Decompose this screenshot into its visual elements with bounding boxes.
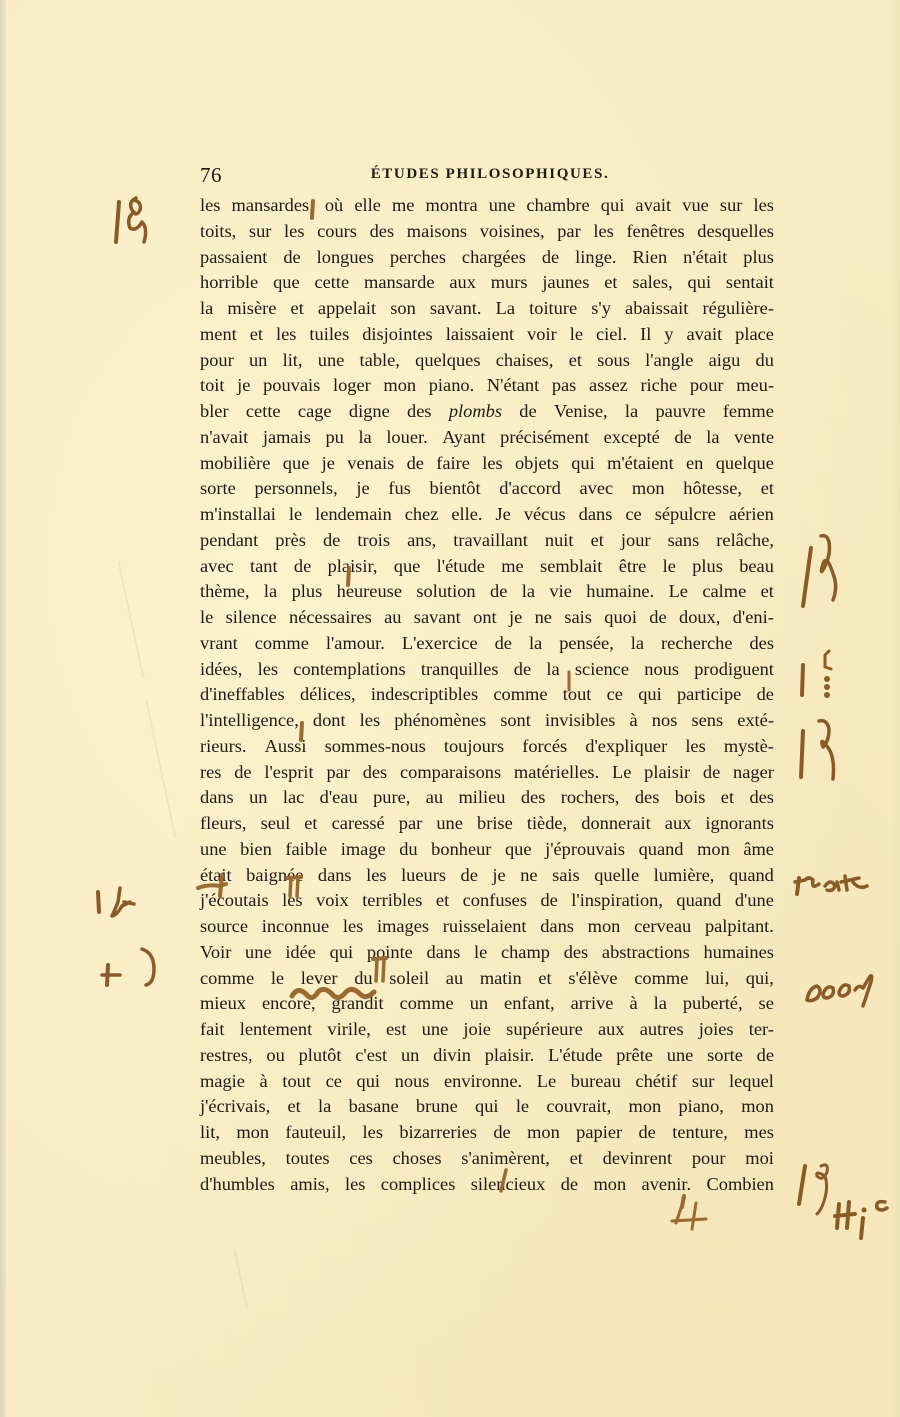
word: disjointes: [362, 322, 433, 348]
word: toujours: [444, 734, 504, 760]
word: le: [289, 502, 302, 528]
word: du: [399, 837, 417, 863]
word: louer.: [386, 425, 427, 451]
word: misère: [227, 296, 276, 322]
word: supérieure: [506, 1017, 583, 1043]
word: jour: [621, 528, 651, 554]
word: un: [401, 1043, 419, 1069]
word: plus: [692, 554, 723, 580]
word: palpitant.: [705, 914, 774, 940]
word: ou: [266, 1043, 284, 1069]
word: comme: [200, 966, 254, 992]
word: de: [461, 863, 478, 889]
word: tenture,: [672, 1120, 728, 1146]
word: lac: [283, 785, 304, 811]
word: aérien: [729, 502, 774, 528]
word: humaine.: [586, 579, 654, 605]
word: travaillant: [453, 528, 528, 554]
word: mon: [628, 1094, 661, 1120]
word: sommes-nous: [325, 734, 426, 760]
word: pour: [692, 1146, 726, 1172]
word: aigu: [709, 348, 741, 374]
word: ment: [200, 322, 237, 348]
word: abstractions: [602, 940, 690, 966]
word: et: [721, 785, 734, 811]
word: de: [649, 605, 666, 631]
word: longues: [317, 245, 374, 271]
word: champ: [501, 940, 550, 966]
word: comme: [255, 631, 309, 657]
word: quand: [639, 837, 684, 863]
word: la: [318, 1094, 331, 1120]
word: tout: [282, 1069, 311, 1095]
word: mon: [741, 1094, 774, 1120]
word: amis,: [290, 1172, 329, 1198]
text-line: avectantdeplaisir,quel'étudemesemblaitêt…: [200, 554, 774, 580]
word: nécessaires: [289, 605, 372, 631]
text-line: unebienfaibleimagedubonheurquej'éprouvai…: [200, 837, 774, 863]
word: quand: [676, 888, 721, 914]
word: vrant: [200, 631, 238, 657]
word: horrible: [200, 270, 258, 296]
word: Je: [496, 502, 511, 528]
word: la: [631, 631, 644, 657]
margin-annotation-18: [797, 530, 847, 610]
word: Voir: [200, 940, 231, 966]
word: elle.: [451, 502, 482, 528]
word: quoi: [604, 605, 637, 631]
text-line: d'ineffablesdélices,indescriptiblescomme…: [200, 682, 774, 708]
word: faible: [285, 837, 327, 863]
word: avec: [580, 476, 614, 502]
word: l'angle: [645, 348, 693, 374]
word: plaisir: [644, 760, 690, 786]
word: comparaisons: [400, 760, 501, 786]
word: les: [366, 863, 386, 889]
word: la: [529, 631, 542, 657]
word: virile,: [327, 1017, 370, 1043]
word: maisons: [407, 219, 467, 245]
word: aux: [665, 811, 692, 837]
word: toiture: [529, 296, 577, 322]
text-line: Voiruneidéequipointedanslechampdesabstra…: [200, 940, 774, 966]
word: sais: [552, 863, 580, 889]
word: terribles: [362, 888, 422, 914]
word: bonheur: [431, 837, 491, 863]
comma-mark: [498, 1167, 510, 1197]
word: du: [756, 348, 774, 374]
word: de: [493, 1120, 510, 1146]
word: puberté,: [683, 991, 743, 1017]
word: papier: [576, 1120, 622, 1146]
word: de: [495, 631, 512, 657]
text-line: resdel'espritpardescomparaisonsmatériell…: [200, 760, 774, 786]
word: jaunes: [542, 270, 589, 296]
word: nuit: [545, 528, 574, 554]
word: chargées: [462, 245, 526, 271]
word: et: [570, 1146, 583, 1172]
word: fus: [388, 476, 410, 502]
word: riche: [640, 373, 677, 399]
word: Combien: [706, 1172, 773, 1198]
show-through-mark: [145, 701, 176, 838]
comma-mark: [308, 198, 318, 224]
word: caressé: [332, 811, 385, 837]
word: sentait: [726, 270, 774, 296]
word: perches: [390, 245, 446, 271]
word: plutôt: [299, 1043, 342, 1069]
word: bler: [200, 399, 229, 425]
word: j'éprouvais: [545, 837, 625, 863]
text-line: m'installailelendemainchezelle.Jevécusda…: [200, 502, 774, 528]
word: qui: [688, 270, 712, 296]
text-line: faitlentementvirile,estunejoiesupérieure…: [200, 1017, 774, 1043]
word: au: [446, 966, 463, 992]
word: jamais: [263, 425, 311, 451]
word: excepté: [604, 425, 660, 451]
word: ans,: [407, 528, 436, 554]
word: enfant,: [504, 991, 555, 1017]
word: et: [569, 348, 582, 374]
word: l'esprit: [264, 760, 313, 786]
word: mon: [697, 837, 730, 863]
word: et: [436, 888, 449, 914]
word: par: [399, 811, 422, 837]
word: comme: [400, 991, 454, 1017]
word: mes: [744, 1120, 774, 1146]
pointe-mark: [370, 953, 390, 985]
word: que: [283, 451, 310, 477]
word: lui,: [705, 966, 729, 992]
running-title: ÉTUDES PHILOSOPHIQUES.: [200, 166, 774, 183]
word: et: [287, 1094, 300, 1120]
word: les: [363, 1120, 383, 1146]
word: c'est: [355, 1043, 387, 1069]
word: je: [356, 476, 369, 502]
word: lit,: [200, 1120, 220, 1146]
word: ne: [520, 863, 537, 889]
word: choses: [393, 1146, 442, 1172]
word: de: [490, 579, 507, 605]
word: des: [407, 399, 432, 425]
word: cours: [317, 219, 357, 245]
word: soleil: [389, 966, 429, 992]
word: quelques: [415, 348, 480, 374]
word: pauvre: [655, 399, 705, 425]
word: pouvais: [263, 373, 320, 399]
word: inconnue: [262, 914, 329, 940]
word: et: [250, 322, 263, 348]
word: m'étaient: [607, 451, 674, 477]
word: mon: [383, 373, 416, 399]
word: mon: [593, 1172, 626, 1198]
word: me: [501, 554, 523, 580]
word: précisément: [500, 425, 589, 451]
word: l'étude: [437, 554, 485, 580]
word: mon: [236, 1120, 269, 1146]
word: de: [407, 451, 424, 477]
word: la: [522, 579, 535, 605]
word: chez: [405, 502, 439, 528]
word: des: [749, 631, 774, 657]
word: que: [273, 270, 300, 296]
page-left-edge: [0, 0, 6, 1417]
word: donnerait: [581, 811, 650, 837]
word: les: [482, 451, 502, 477]
word: avec: [200, 554, 234, 580]
word: bois: [675, 785, 706, 811]
word: cette: [314, 270, 349, 296]
word: passaient: [200, 245, 267, 271]
text-line: lesilencenécessairesausavantontjenesaisq…: [200, 605, 774, 631]
word: je: [492, 863, 505, 889]
word: relâche,: [716, 528, 774, 554]
word: les: [343, 914, 363, 940]
word: toit: [200, 373, 225, 399]
word: brune: [416, 1094, 458, 1120]
word: avait: [686, 322, 722, 348]
word: Il: [640, 322, 651, 348]
word: et: [304, 811, 317, 837]
text-line: mobilièrequejevenaisdefairelesobjetsquim…: [200, 451, 774, 477]
word: la: [625, 399, 638, 425]
word: vue: [682, 193, 709, 219]
word: ter-: [749, 1017, 774, 1043]
word: image: [341, 837, 386, 863]
word: res: [200, 760, 221, 786]
word: lendemain: [315, 502, 392, 528]
word: le: [200, 605, 213, 631]
word: environne.: [444, 1069, 522, 1095]
word: ruisselaient: [443, 914, 527, 940]
word: lueurs: [401, 863, 446, 889]
word: régulière-: [702, 296, 773, 322]
word: N'étant: [487, 373, 539, 399]
word: les: [276, 322, 296, 348]
word: des: [564, 940, 589, 966]
running-head: 76 ÉTUDES PHILOSOPHIQUES.: [200, 163, 774, 189]
word: participe: [677, 682, 741, 708]
word: et: [591, 528, 604, 554]
word: la: [200, 296, 213, 322]
word: rochers,: [561, 785, 620, 811]
word: confuses: [463, 888, 527, 914]
word: et: [538, 966, 551, 992]
text-line: restres,ouplutôtc'estundivinplaisir.L'ét…: [200, 1043, 774, 1069]
word: sorte: [707, 1043, 743, 1069]
word: où: [325, 193, 343, 219]
show-through-mark: [234, 1250, 248, 1309]
word: les: [753, 193, 773, 219]
word: sais: [564, 605, 592, 631]
word: mon: [527, 1120, 560, 1146]
word: Venise,: [554, 399, 608, 425]
word: femme: [723, 399, 774, 425]
word: une: [200, 837, 227, 863]
avenir-mark: [670, 1193, 710, 1233]
word: place: [735, 322, 774, 348]
word: à: [629, 991, 637, 1017]
word: d'humbles: [200, 1172, 275, 1198]
word: appelait: [318, 296, 376, 322]
word: avait: [635, 193, 671, 219]
word: au: [426, 785, 443, 811]
word: la: [654, 991, 667, 1017]
text-line: lesmansardes,oùellememontraunechambrequi…: [200, 193, 774, 219]
word: sans: [668, 528, 700, 554]
word: sur: [692, 1069, 714, 1095]
word: ce: [607, 682, 623, 708]
word: le: [271, 966, 284, 992]
word: des: [363, 760, 388, 786]
word: basane: [349, 1094, 399, 1120]
word: bizarreries: [399, 1120, 477, 1146]
word: un: [470, 991, 488, 1017]
margin-annotation-15-colon: [797, 645, 847, 705]
word: son: [390, 296, 416, 322]
word: qui: [330, 940, 354, 966]
word: pas: [552, 373, 577, 399]
word: les: [593, 219, 613, 245]
word: solution: [416, 579, 475, 605]
word: Le: [612, 760, 631, 786]
word: vente: [734, 425, 774, 451]
word: d'eau: [320, 785, 358, 811]
word: murs: [491, 270, 528, 296]
word: autres: [640, 1017, 684, 1043]
word: n'était: [683, 245, 727, 271]
word: de: [561, 1172, 578, 1198]
word: dans: [540, 914, 574, 940]
word: mystè-: [724, 734, 774, 760]
word: n'avait: [200, 425, 248, 451]
margin-annotation-trait: [793, 868, 873, 898]
word: Rien: [632, 245, 667, 271]
word: je: [237, 373, 250, 399]
word: voix: [316, 888, 349, 914]
word: de: [519, 399, 536, 425]
word: d'une: [735, 888, 774, 914]
text-line: lit,monfauteuil,lesbizarreriesdemonpapie…: [200, 1120, 774, 1146]
word: meu-: [736, 373, 774, 399]
word: sur: [249, 219, 271, 245]
word: Le: [537, 1069, 556, 1095]
word: Le: [669, 579, 688, 605]
strike-through-mark: [288, 982, 388, 1006]
word: à: [260, 1069, 268, 1095]
word: des: [749, 785, 774, 811]
word: sont: [500, 708, 531, 734]
word: vécus: [524, 502, 566, 528]
word: venais: [347, 451, 394, 477]
word: aux: [449, 270, 476, 296]
word: délices,: [300, 682, 356, 708]
word: savant.: [430, 296, 482, 322]
word: science: [575, 657, 629, 683]
word: plaisir.: [485, 1043, 535, 1069]
word: les: [685, 734, 705, 760]
word: que: [505, 837, 532, 863]
word: divin: [433, 1043, 471, 1069]
word: au: [384, 605, 401, 631]
show-through-mark: [118, 561, 145, 679]
word: brise: [477, 811, 513, 837]
word: que: [394, 554, 421, 580]
margin-annotation-hic: [833, 1198, 893, 1243]
word: et: [761, 579, 774, 605]
word: sépulcre: [655, 502, 716, 528]
word: et: [761, 476, 774, 502]
word: quand: [729, 863, 774, 889]
word: joies: [699, 1017, 734, 1043]
text-line: toitjepouvaislogermonpiano.N'étantpasass…: [200, 373, 774, 399]
word: lequel: [729, 1069, 774, 1095]
text-line: lamisèreetappelaitsonsavant.Latoitures'y…: [200, 296, 774, 322]
word: bien: [240, 837, 272, 863]
word: sens: [691, 708, 723, 734]
word: un: [249, 785, 267, 811]
word: se: [759, 991, 774, 1017]
margin-annotation-18: [112, 192, 162, 252]
word: piano.: [429, 373, 474, 399]
word: d'expliquer: [585, 734, 667, 760]
word: objets: [515, 451, 559, 477]
word: source: [200, 914, 248, 940]
word: de: [757, 1043, 774, 1069]
word: silence: [226, 605, 277, 631]
word: cerveau: [634, 914, 691, 940]
word: dans: [579, 502, 613, 528]
word: la: [706, 425, 719, 451]
text-line: sortepersonnels,jefusbientôtd'accordavec…: [200, 476, 774, 502]
word: mieux: [200, 991, 246, 1017]
word: recherche: [661, 631, 732, 657]
word: cage: [298, 399, 332, 425]
word: ne: [535, 605, 552, 631]
word: l'intelligence,: [200, 708, 299, 734]
word: près: [275, 528, 306, 554]
word: prodiguent: [694, 657, 774, 683]
word: hôtesse,: [683, 476, 742, 502]
word: vie: [549, 579, 571, 605]
word: plus: [743, 245, 774, 271]
word: La: [496, 296, 515, 322]
word: dont: [313, 708, 346, 734]
word: nous: [644, 657, 679, 683]
word: humaines: [703, 940, 773, 966]
word: sur: [720, 193, 742, 219]
word: pour: [690, 373, 724, 399]
word: de: [234, 760, 251, 786]
word: comme: [493, 682, 547, 708]
word: comme: [634, 966, 688, 992]
text-line: thème,laplusheureusesolutiondelaviehumai…: [200, 579, 774, 605]
word: ces: [349, 1146, 372, 1172]
margin-annotation-18: [795, 715, 845, 785]
word: une: [245, 940, 272, 966]
word: quelle: [594, 863, 639, 889]
word: nous: [395, 1069, 430, 1095]
word: rieurs.: [200, 734, 246, 760]
word: assez: [589, 373, 628, 399]
word: sales,: [632, 270, 672, 296]
word: le: [516, 1094, 529, 1120]
word: s'y: [591, 296, 611, 322]
word: fait: [200, 1017, 225, 1043]
word: digne: [349, 399, 390, 425]
word: savant: [414, 605, 461, 631]
word: pu: [325, 425, 343, 451]
